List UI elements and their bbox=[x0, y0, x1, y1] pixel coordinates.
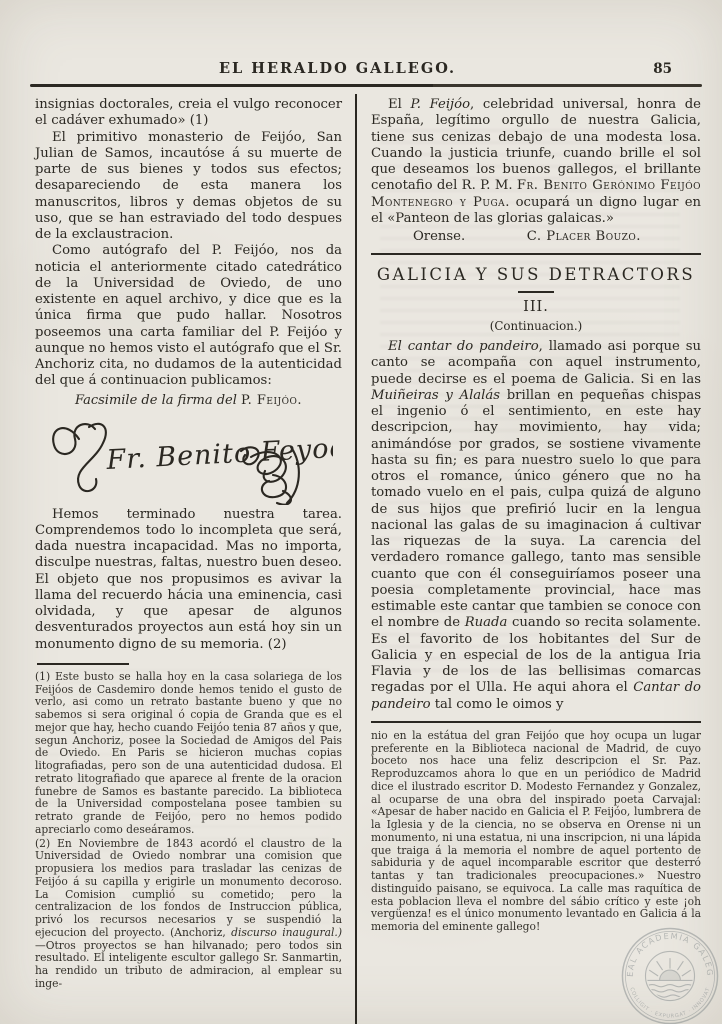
scanned-newspaper-page: EL HERALDO GALLEGO. 85 insignias doctora… bbox=[0, 0, 722, 1024]
heading-dash bbox=[518, 291, 554, 293]
footnote-continuation: nio en la estátua del gran Feijóo que ho… bbox=[371, 730, 701, 934]
footnote-1: (1) Este busto se halla hoy en la casa s… bbox=[35, 671, 342, 837]
footnote-2: (2) En Noviembre de 1843 acordó el claus… bbox=[35, 838, 342, 991]
rising-sun-emblem bbox=[647, 958, 693, 997]
real-academia-galega-stamp: REAL ACADEMIA GALEGA COLLIGIT · EXPURGAT… bbox=[618, 924, 722, 1024]
paragraph: El cantar do pandeiro, llamado asi porqu… bbox=[371, 339, 701, 713]
feijoo-signature-facsimile: Fr. Benito Feyoo bbox=[45, 413, 333, 505]
paragraph: El P. Feijóo, celebridad universal, honr… bbox=[371, 97, 701, 227]
stamp-motto-text: COLLIGIT · EXPURGAT · INNOVAT bbox=[628, 987, 711, 1020]
paragraph-continued: insignias doctorales, creia el vulgo rec… bbox=[35, 97, 342, 130]
article-heading: GALICIA Y SUS DETRACTORS bbox=[371, 265, 701, 284]
newspaper-title: EL HERALDO GALLEGO. bbox=[35, 60, 640, 77]
left-column: insignias doctorales, creia el vulgo rec… bbox=[0, 94, 357, 1024]
paragraph: Hemos terminado nuestra tarea. Comprende… bbox=[35, 507, 342, 653]
section-separator bbox=[371, 253, 701, 255]
continuation-note: (Continuacion.) bbox=[371, 319, 701, 333]
svg-text:REAL ACADEMIA GALEGA: REAL ACADEMIA GALEGA bbox=[618, 924, 715, 977]
chapter-numeral: III. bbox=[371, 299, 701, 315]
stamp-ring-text: REAL ACADEMIA GALEGA bbox=[618, 924, 715, 977]
masthead: EL HERALDO GALLEGO. 85 bbox=[35, 60, 700, 86]
svg-text:COLLIGIT · EXPURGAT · INNOVAT: COLLIGIT · EXPURGAT · INNOVAT bbox=[628, 987, 711, 1020]
paragraph: El primitivo monasterio de Feijóo, San J… bbox=[35, 130, 342, 244]
signature-caption: Facsimile de la firma del P. Feijóo. bbox=[35, 392, 342, 409]
paragraph: Como autógrafo del P. Feijóo, nos da not… bbox=[35, 243, 342, 389]
footnote-separator bbox=[371, 721, 701, 723]
masthead-rule bbox=[30, 84, 702, 87]
right-column: El P. Feijóo, celebridad universal, honr… bbox=[357, 94, 722, 1024]
byline-author: C. Placer Bouzo. bbox=[527, 229, 641, 244]
two-column-layout: insignias doctorales, creia el vulgo rec… bbox=[0, 94, 722, 1024]
byline: Orense. C. Placer Bouzo. bbox=[371, 227, 701, 244]
byline-place: Orense. bbox=[413, 229, 465, 244]
page-number: 85 bbox=[653, 61, 672, 77]
footnote-separator bbox=[37, 663, 129, 665]
